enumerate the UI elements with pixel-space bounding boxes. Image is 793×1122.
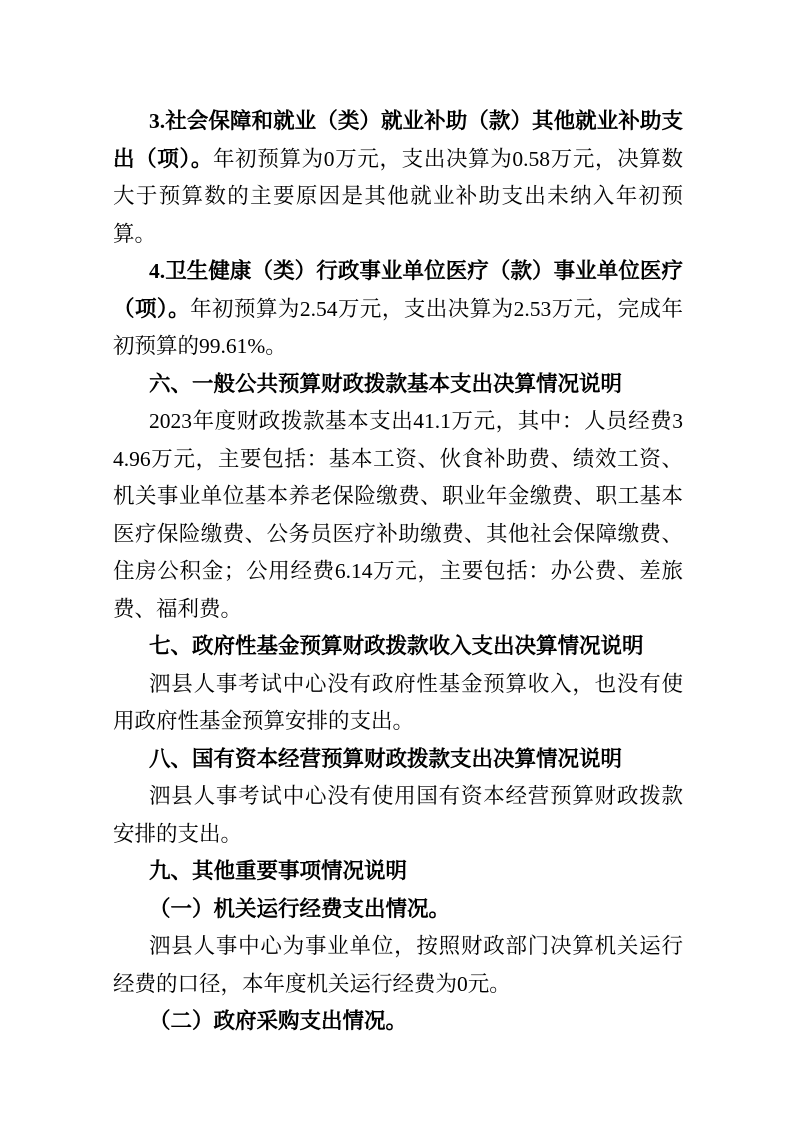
section-heading: 七、政府性基金预算财政拨款收入支出决算情况说明 [113, 628, 683, 666]
body-paragraph: 泗县人事中心为事业单位，按照财政部门决算机关运行经费的口径，本年度机关运行经费为… [113, 928, 683, 1003]
sub-heading: （一）机关运行经费支出情况。 [113, 891, 683, 929]
body-paragraph: 3.社会保障和就业（类）就业补助（款）其他就业补助支出（项）。年初预算为0万元，… [113, 103, 683, 253]
section-heading: 八、国有资本经营预算财政拨款支出决算情况说明 [113, 741, 683, 779]
paragraph-bold-lead: 3.社会保障和就业（类）就业补助（款）其他就业补助支出（项）。 [113, 109, 683, 171]
body-paragraph: 泗县人事考试中心没有使用国有资本经营预算财政拨款安排的支出。 [113, 778, 683, 853]
section-heading: 九、其他重要事项情况说明 [113, 853, 683, 891]
section-heading: 六、一般公共预算财政拨款基本支出决算情况说明 [113, 366, 683, 404]
sub-heading: （二）政府采购支出情况。 [113, 1003, 683, 1041]
document-page: 3.社会保障和就业（类）就业补助（款）其他就业补助支出（项）。年初预算为0万元，… [0, 0, 793, 1122]
body-paragraph: 4.卫生健康（类）行政事业单位医疗（款）事业单位医疗（项）。年初预算为2.54万… [113, 253, 683, 366]
document-body: 3.社会保障和就业（类）就业补助（款）其他就业补助支出（项）。年初预算为0万元，… [113, 103, 683, 1041]
body-paragraph: 泗县人事考试中心没有政府性基金预算收入，也没有使用政府性基金预算安排的支出。 [113, 666, 683, 741]
paragraph-bold-lead: 4.卫生健康（类）行政事业单位医疗（款）事业单位医疗（项）。 [113, 259, 683, 321]
body-paragraph: 2023年度财政拨款基本支出41.1万元，其中：人员经费34.96万元，主要包括… [113, 403, 683, 628]
